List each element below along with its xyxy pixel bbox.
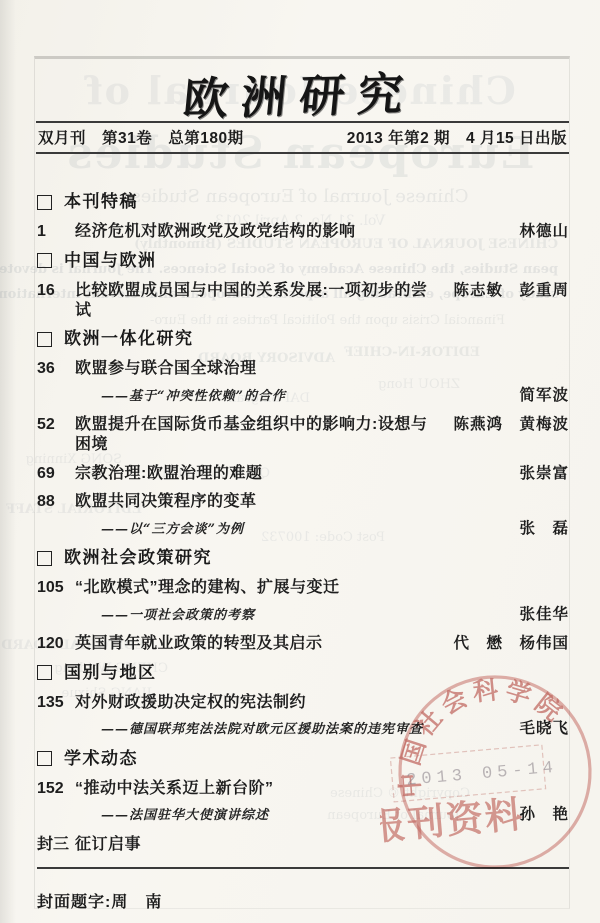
cover-calligraphy-credit: 封面题字:周 南 [37,889,569,912]
section-square-icon [37,665,52,680]
article-authors: 张 磊 [507,519,569,539]
article-authors: 张佳华 [507,605,569,625]
toc-section-row: 欧洲社会政策研究 [37,548,569,568]
page-number: 16 [37,281,75,301]
article-title: 比较欧盟成员国与中国的关系发展:一项初步的尝试 [75,281,441,321]
scanned-page-background: Chinese Journal of European Studies Chin… [0,0,600,923]
article-authors: 简军波 [507,386,569,406]
page-number: 36 [37,359,75,379]
stamp-date: 2013 05-14 [406,759,559,791]
toc-entry-row: 52 欧盟提升在国际货币基金组织中的影响力:设想与困境 陈燕鸿 黄梅波 [37,415,569,455]
article-title: 征订启事 [75,835,141,855]
toc-entry-row: 1 经济危机对欧洲政党及政党结构的影响 林德山 [37,222,569,242]
article-title: 经济危机对欧洲政党及政党结构的影响 [75,222,356,242]
article-title: 对外财政援助决定权的宪法制约 [75,693,306,713]
page-number: 105 [37,578,75,598]
article-authors: 林德山 [507,222,569,242]
article-title: “北欧模式”理念的建构、扩展与变迁 [75,578,340,598]
stamp-bottom-text: 报刊资料 [380,794,526,848]
page-number: 88 [37,492,75,512]
article-subtitle: ——基于“冲突性依赖”的合作 [101,387,286,407]
section-label: 学术动态 [64,749,138,769]
toc-entry-row: 16 比较欧盟成员国与中国的关系发展:一项初步的尝试 陈志敏 彭重周 [37,281,569,321]
toc-section-row: 欧洲一体化研究 [37,329,569,349]
article-authors: 陈燕鸿 黄梅波 [441,415,569,435]
article-title: 欧盟共同决策程序的变革 [75,492,257,512]
section-square-icon [37,253,52,268]
page-number: 1 [37,222,75,242]
issue-meta-bar: 双月刊 第31卷 总第180期 2013 年第2 期 4 月15 日出版 [36,121,569,154]
toc-section-row: 本刊特稿 [37,192,569,212]
section-square-icon [37,551,52,566]
toc-entry-row: 88 欧盟共同决策程序的变革 [37,492,569,512]
section-square-icon [37,332,52,347]
article-subtitle: ——法国驻华大使演讲综述 [101,806,269,826]
section-label: 国别与地区 [64,663,157,683]
article-title: 英国青年就业政策的转型及其启示 [75,634,323,654]
article-title: 欧盟提升在国际货币基金组织中的影响力:设想与困境 [75,415,441,455]
toc-subtitle-row: ——一项社会政策的考察 张佳华 [37,605,569,626]
section-label: 欧洲一体化研究 [64,329,194,349]
section-square-icon [37,195,52,210]
article-subtitle: ——以“三方会谈”为例 [101,520,244,540]
issue-meta-left: 双月刊 第31卷 总第180期 [38,126,244,148]
article-title: 欧盟参与联合国全球治理 [75,359,257,379]
page-number: 120 [37,634,75,654]
toc-subtitle-row: ——以“三方会谈”为例 张 磊 [37,519,569,540]
article-subtitle: ——德国联邦宪法法院对欧元区援助法案的违宪审查 [101,720,423,740]
page-number: 152 [37,779,75,799]
page-number: 69 [37,464,75,484]
toc-entry-row: 105 “北欧模式”理念的建构、扩展与变迁 [37,578,569,598]
toc-subtitle-row: ——基于“冲突性依赖”的合作 简军波 [37,386,569,407]
section-label: 欧洲社会政策研究 [64,548,212,568]
toc-entry-row: 69 宗教治理:欧盟治理的难题 张崇富 [37,464,569,484]
page-number: 52 [37,415,75,435]
section-label: 本刊特稿 [64,192,138,212]
issue-meta-right: 2013 年第2 期 4 月15 日出版 [347,126,567,148]
section-square-icon [37,751,52,766]
article-title: 宗教治理:欧盟治理的难题 [75,464,262,484]
article-subtitle: ——一项社会政策的考察 [101,606,255,626]
library-stamp: 中国社会科学院 2013 05-14 报刊资料 [380,657,600,887]
scan-shadow-left [0,0,16,923]
section-label: 中国与欧洲 [64,251,157,271]
article-authors: 代 懋 杨伟国 [441,634,569,654]
toc-entry-row: 120 英国青年就业政策的转型及其启示 代 懋 杨伟国 [37,634,569,654]
toc-section-row: 中国与欧洲 [37,251,569,271]
page-number: 135 [37,693,75,713]
page-number: 封三 [37,835,75,855]
toc-entry-row: 36 欧盟参与联合国全球治理 [37,359,569,379]
article-authors: 张崇富 [507,464,569,484]
article-title: “推动中法关系迈上新台阶” [75,779,274,799]
article-authors: 陈志敏 彭重周 [441,281,569,301]
